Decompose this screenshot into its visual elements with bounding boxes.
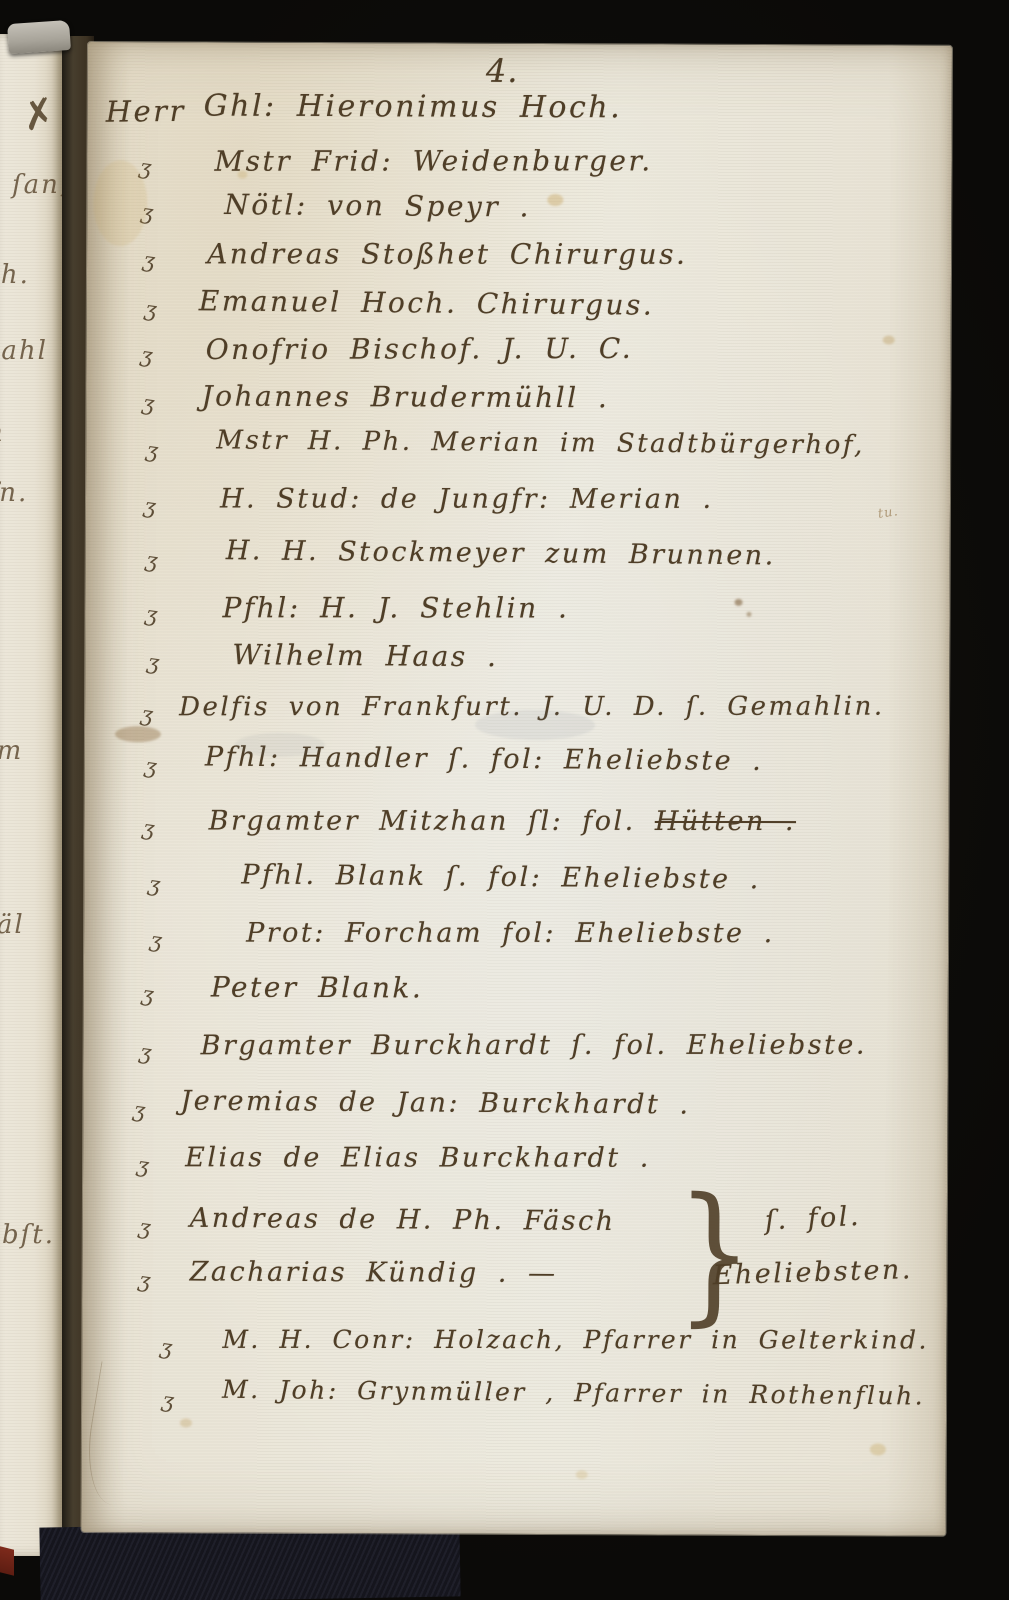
ditto-mark: ʒ (132, 1098, 147, 1123)
brace-annotation-line1: ſ. fol. (764, 1201, 862, 1237)
brace-annotation-line2: Eheliebsten. (712, 1254, 913, 1291)
entry-line: H. H. Stockmeyer zum Brunnen. (226, 535, 776, 571)
entry-line: M. H. Conr: Holzach, Pfarrer in Gelterki… (222, 1325, 929, 1355)
entry-line: Andreas de H. Ph. Fäsch (190, 1203, 616, 1237)
entry-text: Wilhelm Haas . (232, 638, 498, 673)
entry-line: Pfhl: H. J. Stehlin . (223, 591, 570, 624)
photo-scene: ✗ ſen ſan,ich.Gmahlnffn.nmmm älliebſt. 4… (0, 0, 1009, 1600)
paper-stain (93, 160, 147, 246)
entry-text: Andreas Stoßhet Chirurgus. (207, 237, 687, 270)
manuscript-page: 4. Herr Ghl: Hieronimus Hoch. ʒMstr Frid… (81, 42, 951, 1536)
ditto-mark: ʒ (144, 602, 159, 627)
paper-stain (235, 733, 325, 757)
paper-stain (870, 1443, 886, 1455)
entry-line: Brgamter Burckhardt ſ. fol. Eheliebste. (201, 1030, 867, 1062)
ditto-mark: ʒ (140, 982, 155, 1007)
grouping-brace: } (676, 1191, 753, 1319)
entry-text: Onofrio Bischof. J. U. C. (206, 332, 634, 366)
entry-line: M. Joh: Grynmüller , Pfarrer in Rothenfl… (222, 1375, 925, 1411)
entry-text: Prot: Forcham fol: Eheliebste . (246, 918, 775, 949)
entry-text: M. H. Conr: Holzach, Pfarrer in Gelterki… (222, 1325, 929, 1355)
paper-stain (115, 726, 161, 742)
entry-line: Emanuel Hoch. Chirurgus. (199, 284, 655, 321)
entry-line: Mstr H. Ph. Merian im Stadtbürgerhof, (216, 425, 865, 460)
entry-text: Andreas de H. Ph. Fäsch (190, 1203, 616, 1237)
header-margin-word: Herr (105, 94, 186, 129)
ditto-mark: ʒ (141, 816, 156, 841)
margin-fragment: m äl (0, 910, 25, 940)
entry-text: Brgamter Burckhardt ſ. fol. Eheliebste. (201, 1030, 867, 1062)
entry-text: Peter Blank. (211, 971, 424, 1005)
entry-line: Onofrio Bischof. J. U. C. (206, 332, 634, 366)
header-text: Ghl: Hieronimus Hoch. (204, 89, 623, 126)
entry-text: Mstr H. Ph. Merian im Stadtbürgerhof, (216, 425, 865, 460)
paper-stain (746, 612, 751, 617)
entry-text: Johannes Brudermühll . (201, 379, 609, 414)
paper-stain (475, 710, 595, 741)
ditto-mark: ʒ (143, 754, 158, 779)
ditto-mark: ʒ (139, 343, 154, 368)
entry-line: H. Stud: de Jungfr: Merian . (220, 483, 714, 514)
entry-line: Mstr Frid: Weidenburger. (214, 144, 652, 177)
ditto-mark: ʒ (148, 928, 163, 953)
entry-line: Andreas Stoßhet Chirurgus. (207, 237, 687, 270)
entry-line: Zacharias Kündig . — (190, 1256, 558, 1289)
entry-line: Elias de Elias Burckhardt . (185, 1142, 651, 1173)
paper-stain (576, 1470, 588, 1479)
ditto-mark: ʒ (147, 872, 162, 897)
ditto-mark: ʒ (145, 438, 160, 463)
entry-line: Nötl: von Speyr . (224, 188, 531, 223)
binding-headband (7, 20, 71, 54)
ditto-mark: ʒ (137, 1215, 152, 1240)
ditto-mark: ʒ (146, 650, 161, 675)
margin-fragment: n (0, 690, 1, 720)
entry-line: Wilhelm Haas . (232, 638, 498, 673)
pen-cross-mark: ✗ (18, 89, 60, 141)
entry-text: Brgamter Mitzhan ſl: fol. (209, 806, 655, 837)
ditto-mark: ʒ (159, 1335, 174, 1360)
ditto-mark: ʒ (137, 1268, 152, 1293)
strikethrough-text: Hütten . (655, 806, 796, 837)
page-number: 4. (486, 52, 519, 90)
ditto-mark: ʒ (160, 1388, 175, 1413)
paper-stain (180, 1418, 192, 1427)
paper-stain (547, 194, 563, 206)
ditto-mark: ʒ (135, 1153, 150, 1178)
scanned-manuscript-photo: { "document": { "page_number": "4.", "he… (0, 0, 1009, 1600)
entry-line: Prot: Forcham fol: Eheliebste . (246, 918, 775, 949)
margin-fragment: liebſt. (0, 1220, 55, 1250)
margin-fragment: mm (0, 736, 23, 766)
ditto-mark: ʒ (138, 1040, 153, 1065)
entry-text: Nötl: von Speyr . (224, 188, 531, 223)
facing-page-edge: ✗ ſen ſan,ich.Gmahlnffn.nmmm älliebſt. (0, 34, 62, 1556)
ditto-mark: ʒ (141, 391, 156, 416)
margin-fragment: n (0, 418, 5, 448)
ditto-mark: ʒ (141, 248, 156, 273)
tiny-margin-mark: tu. (877, 504, 900, 522)
ditto-mark: ʒ (144, 548, 159, 573)
entry-text: Emanuel Hoch. Chirurgus. (199, 284, 655, 321)
entry-text: Pfhl. Blank ſ. fol: Eheliebste . (241, 859, 761, 895)
entry-text: H. H. Stockmeyer zum Brunnen. (226, 535, 776, 571)
ditto-mark: ʒ (142, 494, 157, 519)
ditto-mark: ʒ (143, 297, 158, 322)
paper-stains-layer (88, 42, 952, 46)
entry-text: Jeremias de Jan: Burckhardt . (180, 1086, 690, 1121)
entry-text: Zacharias Kündig . — (190, 1256, 558, 1289)
margin-fragment: ſen ſan, (0, 170, 62, 200)
margin-fragment: ich. (0, 260, 30, 290)
entry-line: Jeremias de Jan: Burckhardt . (180, 1086, 690, 1121)
corner-crease (79, 1361, 148, 1507)
entry-line: Pfhl. Blank ſ. fol: Eheliebste . (241, 859, 761, 895)
entry-line: Johannes Brudermühll . (201, 379, 609, 414)
margin-fragment: ffn. (0, 478, 28, 508)
cover-red-accent (0, 1546, 14, 1575)
ditto-mark: ʒ (139, 702, 154, 727)
entry-text: Pfhl: H. J. Stehlin . (223, 591, 570, 624)
margin-fragment: Gmahl (0, 336, 48, 366)
paper-stain (735, 599, 743, 606)
paper-stain (237, 171, 247, 179)
entry-text: H. Stud: de Jungfr: Merian . (220, 483, 714, 514)
entry-text: Elias de Elias Burckhardt . (185, 1142, 651, 1173)
entry-line: Brgamter Mitzhan ſl: fol. Hütten . (209, 806, 796, 838)
entry-text: Mstr Frid: Weidenburger. (214, 144, 652, 177)
entry-list: ʒMstr Frid: Weidenburger.ʒNötl: von Spey… (88, 42, 952, 46)
entry-text: M. Joh: Grynmüller , Pfarrer in Rothenfl… (222, 1375, 925, 1411)
entry-line: Peter Blank. (211, 971, 424, 1005)
paper-stain (883, 335, 895, 344)
